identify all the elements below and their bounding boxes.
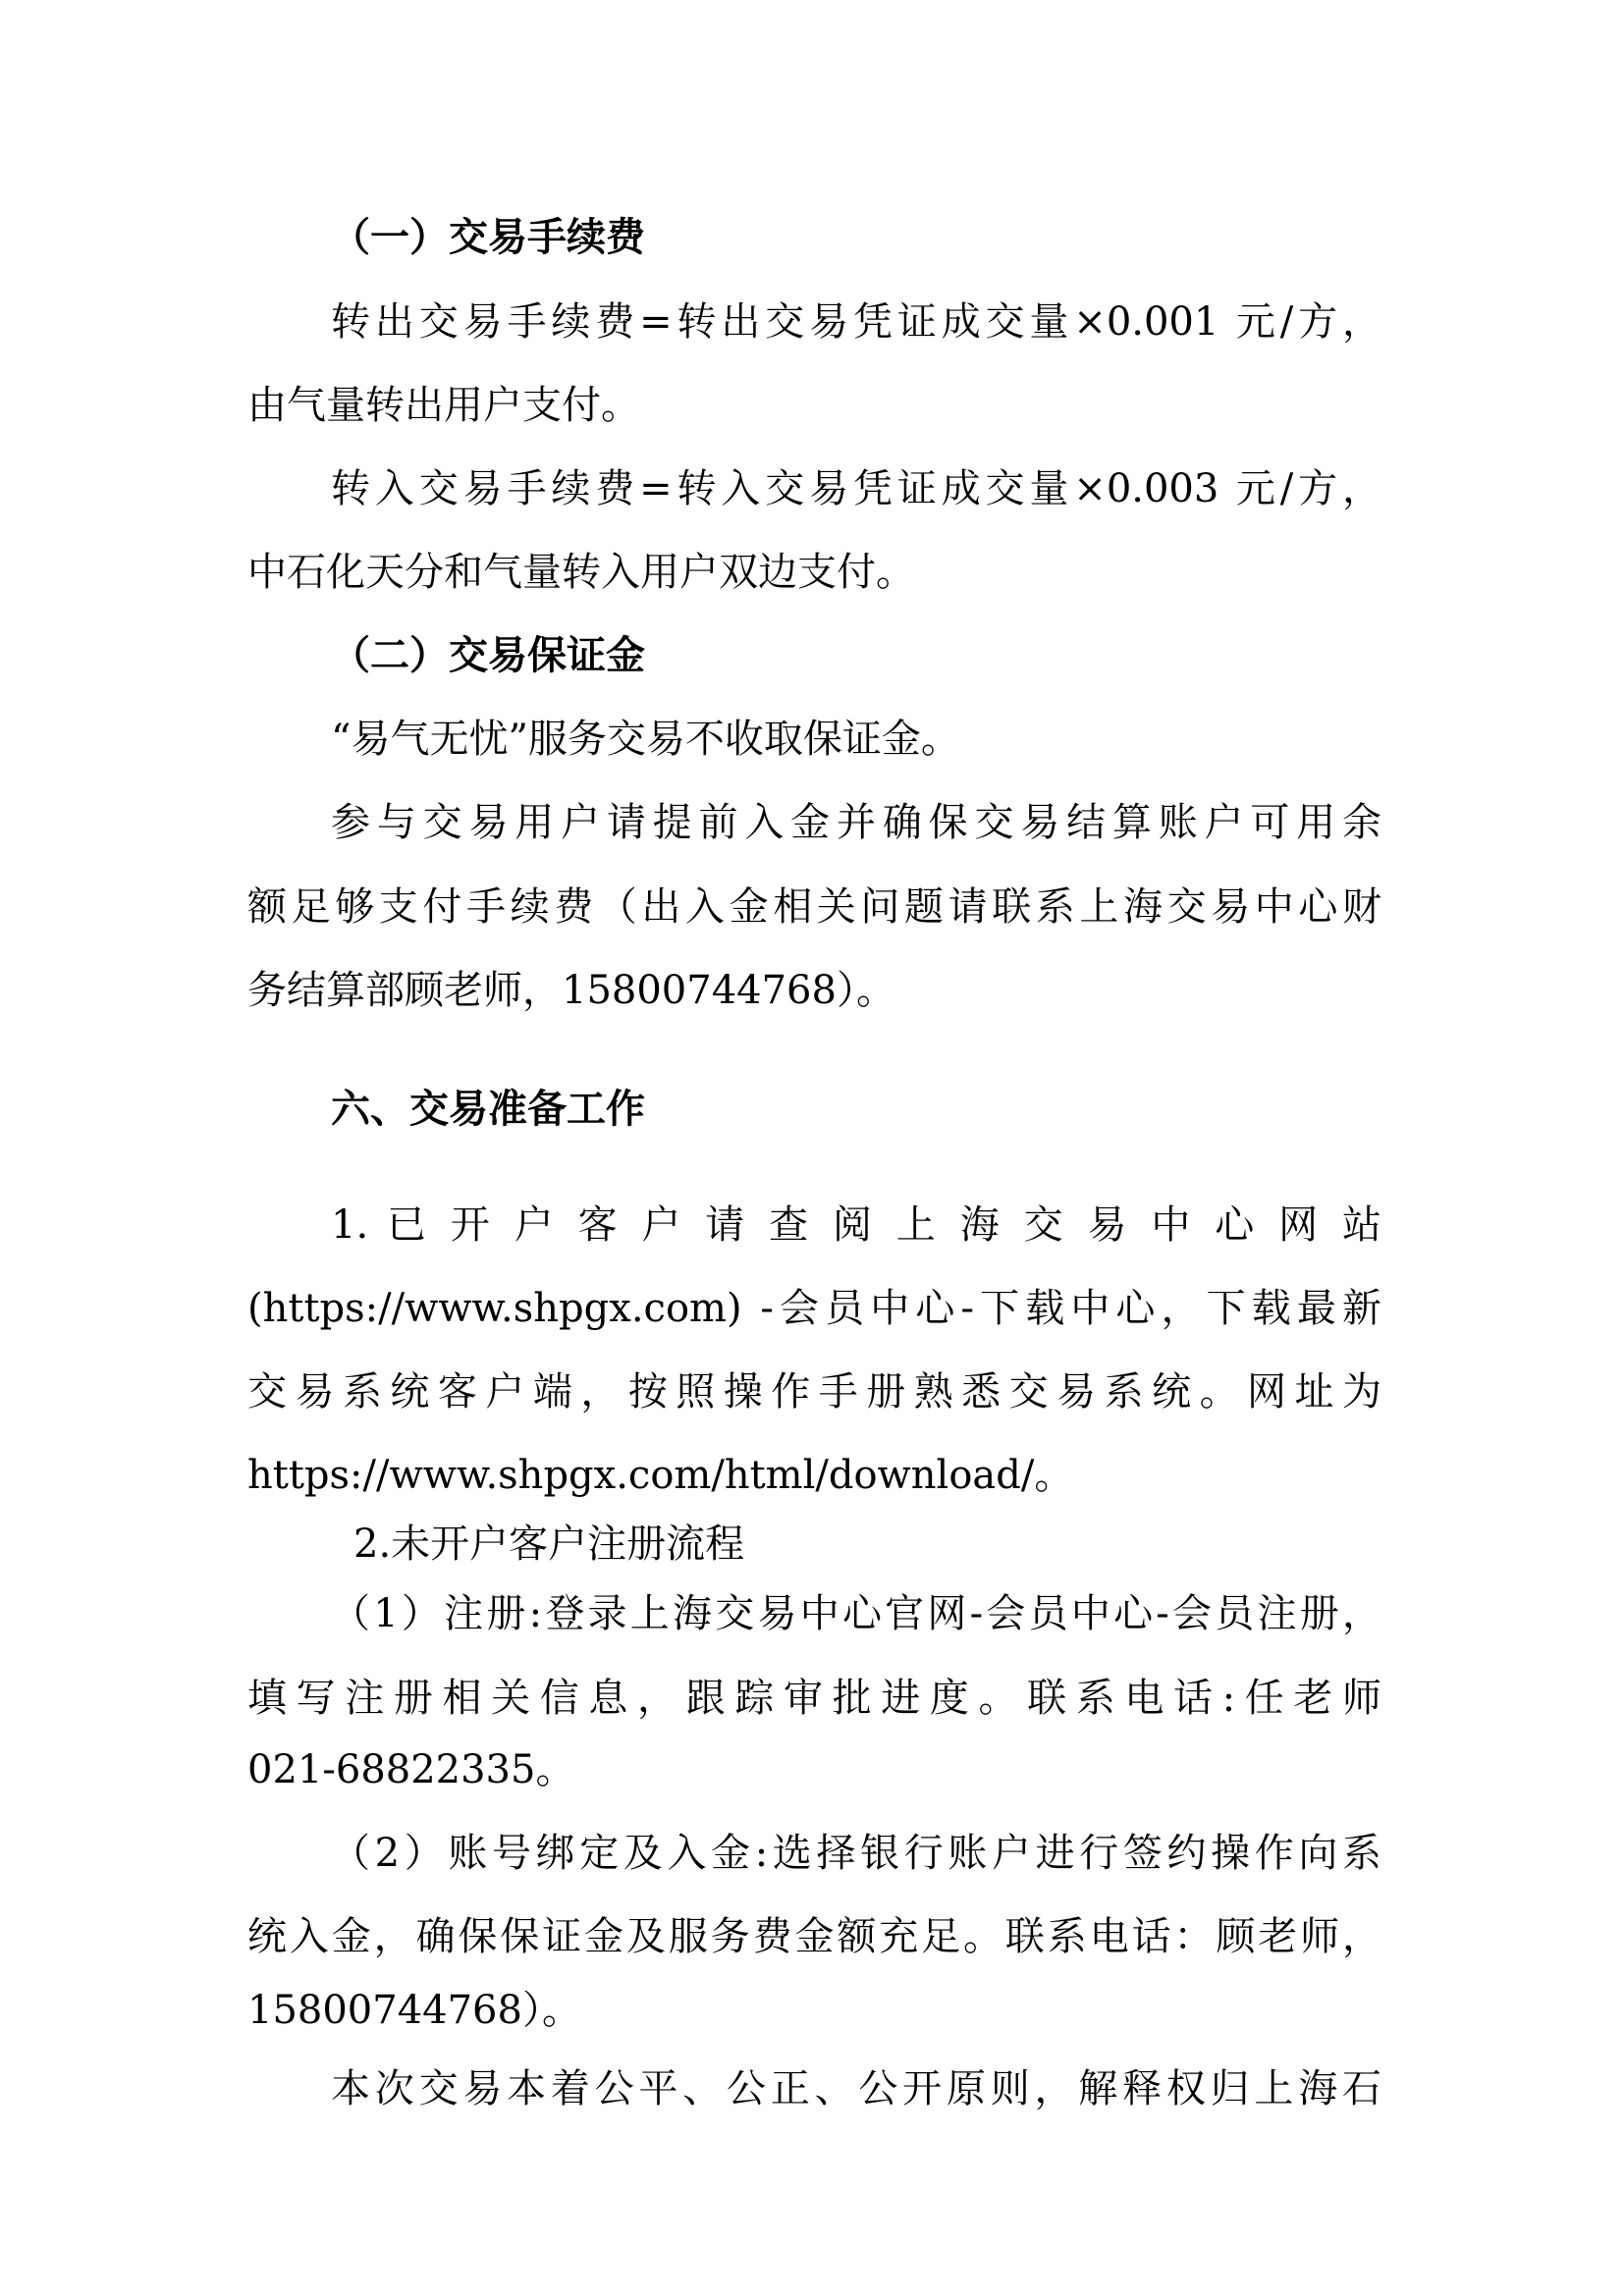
paragraph-line: 2.未开户客户注册流程 xyxy=(353,1517,1381,1572)
paragraph-line: 本次交易本着公平、公正、公开原则，解释权归上海石 xyxy=(331,2061,1381,2116)
paragraph-line-url[interactable]: https://www.shpgx.com/html/download/。 xyxy=(247,1448,1381,1503)
paragraph-line: 务结算部顾老师，15800744768）。 xyxy=(247,963,1381,1018)
paragraph-line: 额足够支付手续费（出入金相关问题请联系上海交易中心财 xyxy=(247,880,1381,934)
paragraph-line: 021-68822335。 xyxy=(247,1742,1381,1797)
paragraph-line: “易气无忧”服务交易不收取保证金。 xyxy=(331,712,1381,767)
paragraph-line: （1）注册:登录上海交易中心官网-会员中心-会员注册， xyxy=(331,1586,1381,1641)
section-heading-deposit: （二）交易保证金 xyxy=(331,628,1381,683)
section-heading-fees: （一）交易手续费 xyxy=(331,210,1381,265)
paragraph-line: 统入金，确保保证金及服务费金额充足。联系电话：顾老师， xyxy=(247,1909,1381,1964)
paragraph-line: (https://www.shpgx.com) -会员中心-下载中心，下载最新 xyxy=(247,1281,1381,1336)
paragraph-line: 转出交易手续费=转出交易凭证成交量×0.001 元/方， xyxy=(331,294,1381,349)
paragraph-line: （2）账号绑定及入金:选择银行账户进行签约操作向系 xyxy=(331,1826,1381,1881)
paragraph-line: 中石化天分和气量转入用户双边支付。 xyxy=(247,545,1381,600)
paragraph-line: 由气量转出用户支付。 xyxy=(247,378,1381,433)
section-heading-preparation: 六、交易准备工作 xyxy=(331,1082,1381,1137)
paragraph-line: 1. 已 开 户 客 户 请 查 阅 上 海 交 易 中 心 网 站 xyxy=(331,1198,1381,1253)
paragraph-line: 填写注册相关信息，跟踪审批进度。联系电话:任老师 xyxy=(247,1671,1381,1726)
paragraph-line: 交易系统客户端，按照操作手册熟悉交易系统。网址为 xyxy=(247,1364,1381,1419)
paragraph-line: 转入交易手续费=转入交易凭证成交量×0.003 元/方， xyxy=(331,461,1381,516)
paragraph-line: 15800744768）。 xyxy=(247,1983,1381,2038)
paragraph-line: 参与交易用户请提前入金并确保交易结算账户可用余 xyxy=(331,795,1381,850)
